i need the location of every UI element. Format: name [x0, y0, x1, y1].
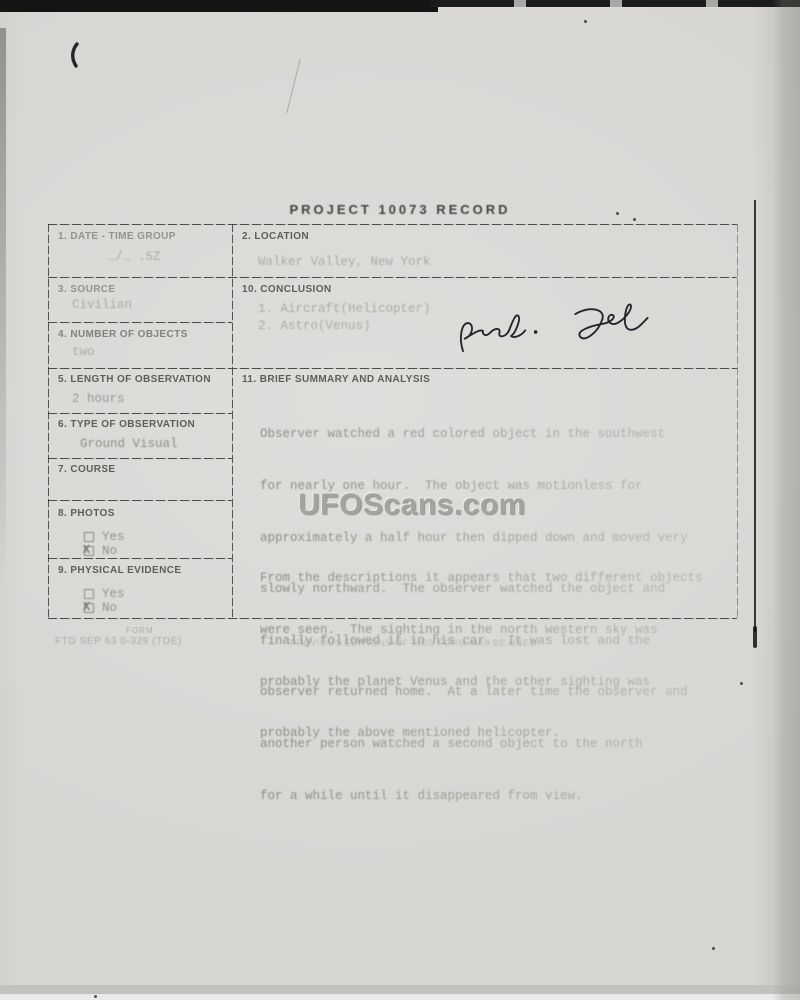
field-label-date-time-group: 1. DATE - TIME GROUP	[58, 231, 176, 242]
photos-yes-row: Yes	[84, 530, 125, 544]
pen-mark	[66, 42, 84, 75]
field-value-length-of-observation: 2 hours	[72, 392, 125, 406]
scan-edge-top-right	[430, 0, 800, 7]
field-label-summary: 11. BRIEF SUMMARY AND ANALYSIS	[242, 374, 430, 385]
ink-speck	[633, 218, 636, 221]
handwriting-ink-icon	[451, 284, 663, 357]
table-border	[48, 413, 232, 414]
scratch-artifact	[286, 59, 301, 114]
table-border	[48, 558, 232, 559]
field-label-physical-evidence: 9. PHYSICAL EVIDENCE	[58, 565, 181, 576]
summary-line: were seen. The sighting in the north wes…	[260, 622, 703, 639]
field-value-location: Walker Valley, New York	[258, 255, 431, 269]
table-border	[48, 322, 232, 323]
physical-evidence-yes-label: Yes	[102, 587, 125, 601]
right-margin-line-end	[753, 626, 757, 648]
physical-evidence-no-row: No	[84, 601, 117, 615]
summary-line: probably the planet Venus and the other …	[260, 674, 703, 691]
photos-yes-checkbox	[84, 532, 94, 542]
conclusion-item-1: 1. Aircraft(Helicopter)	[258, 302, 431, 316]
field-label-type-of-observation: 6. TYPE OF OBSERVATION	[58, 419, 195, 430]
field-label-length-of-observation: 5. LENGTH OF OBSERVATION	[58, 374, 211, 385]
physical-evidence-yes-row: Yes	[84, 587, 125, 601]
table-border	[48, 277, 737, 278]
photos-no-row: No	[84, 544, 117, 558]
right-margin-line	[754, 200, 756, 632]
table-border	[232, 224, 233, 618]
field-value-date-time-group: …/… .5Z	[108, 250, 161, 264]
scanned-document-page: PROJECT 10073 RECORD 1. DATE - TIME GROU…	[0, 0, 800, 1000]
summary-paragraph-2: From the descriptions it appears that tw…	[260, 536, 703, 777]
field-value-type-of-observation: Ground Visual	[80, 437, 178, 451]
summary-line: for a while until it disappeared from vi…	[260, 788, 688, 805]
footer-form-word: FORM	[126, 626, 154, 635]
form-title: PROJECT 10073 RECORD	[289, 202, 510, 217]
footer-form-id: FTD SEP 63 0-329 (TDE)	[55, 636, 182, 647]
photos-no-label: No	[102, 544, 117, 558]
watermark: UFOScans.com	[298, 488, 526, 522]
field-label-photos: 8. PHOTOS	[58, 508, 115, 519]
field-value-source: Civilian	[72, 298, 132, 312]
physical-evidence-yes-checkbox	[84, 589, 94, 599]
field-label-number-of-objects: 4. NUMBER OF OBJECTS	[58, 329, 188, 340]
ink-speck	[740, 682, 743, 685]
field-label-source: 3. SOURCE	[58, 284, 116, 295]
ink-speck	[712, 947, 715, 950]
physical-evidence-no-label: No	[102, 601, 117, 615]
scan-edge-top-left	[0, 0, 438, 12]
summary-line: Observer watched a red colored object in…	[260, 426, 688, 443]
photos-no-checkbox	[84, 546, 94, 556]
page-fold-shadow	[772, 0, 800, 1000]
pen-mark-icon	[66, 42, 84, 70]
table-border	[48, 224, 737, 225]
conclusion-item-2: 2. Astro(Venus)	[258, 319, 371, 333]
scan-edge-bottom	[0, 985, 800, 1000]
field-label-course: 7. COURSE	[58, 464, 116, 475]
ink-speck	[616, 212, 619, 215]
summary-line: From the descriptions it appears that tw…	[260, 570, 703, 587]
field-value-number-of-objects: two	[72, 345, 95, 359]
ink-speck	[584, 20, 587, 23]
summary-line: probably the above mentioned helicopter.	[260, 725, 703, 742]
physical-evidence-no-checkbox	[84, 603, 94, 613]
table-border	[48, 368, 737, 369]
photos-yes-label: Yes	[102, 530, 125, 544]
ink-speck	[94, 995, 97, 998]
table-border	[48, 500, 232, 501]
table-border	[737, 224, 738, 618]
handwritten-note	[451, 284, 663, 362]
field-label-conclusion: 10. CONCLUSION	[242, 284, 332, 295]
scan-edge-left	[0, 28, 6, 588]
field-label-location: 2. LOCATION	[242, 231, 309, 242]
footer-note: PREVIOUS EDITIONS OF THIS FORM MAY BE US…	[290, 638, 540, 648]
table-border	[48, 224, 49, 618]
table-border	[48, 458, 232, 459]
